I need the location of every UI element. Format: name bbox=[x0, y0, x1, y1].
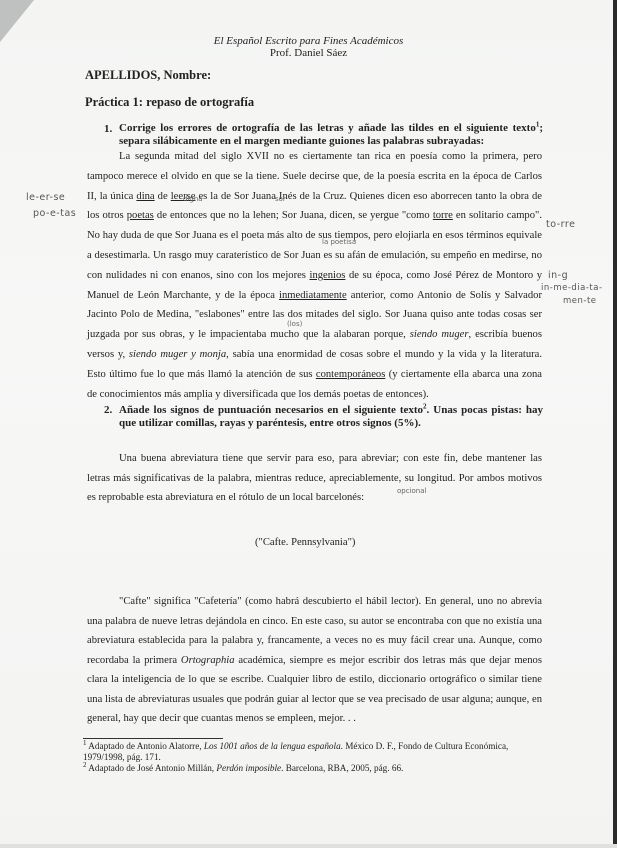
handwritten-syllabification: in-g bbox=[548, 270, 568, 281]
handwritten-correction: digna bbox=[183, 195, 203, 203]
question-2-instructions: Añade los signos de puntuación necesario… bbox=[119, 404, 543, 430]
question-1-number: 1. bbox=[104, 123, 112, 135]
practice-title: Práctica 1: repaso de ortografía bbox=[85, 95, 254, 110]
handwritten-note: opcional bbox=[397, 487, 426, 495]
scan-edge bbox=[613, 0, 617, 848]
document-page: El Español Escrito para Fines Académicos… bbox=[0, 0, 617, 848]
underlined-word: inmediatamente bbox=[279, 290, 347, 301]
underlined-word: torre bbox=[433, 210, 453, 221]
underlined-word: ingenios bbox=[310, 270, 346, 281]
question-2-passage-1: Una buena abreviatura tiene que servir p… bbox=[87, 449, 542, 508]
handwritten-correction: sor bbox=[275, 195, 286, 203]
question-2-passage-2: "Cafte" significa "Cafetería" (como habr… bbox=[87, 592, 542, 729]
underlined-word: dina bbox=[136, 191, 154, 202]
footnotes: 1 Adaptado de Antonio Alatorre, Los 1001… bbox=[83, 741, 543, 774]
underlined-word: poetas bbox=[127, 210, 154, 221]
question-2-number: 2. bbox=[104, 404, 112, 416]
footnote-divider bbox=[83, 738, 223, 739]
footnote-1: 1 Adaptado de Antonio Alatorre, Los 1001… bbox=[83, 741, 543, 763]
underlined-word: contemporáneos bbox=[316, 369, 385, 380]
handwritten-correction: la poetisa bbox=[322, 238, 356, 246]
question-1-instructions: Corrige los errores de ortografía de las… bbox=[119, 122, 543, 148]
student-name-line: APELLIDOS, Nombre: bbox=[85, 68, 211, 83]
professor-name: Prof. Daniel Sáez bbox=[0, 47, 617, 59]
handwritten-syllabification: le-er-se bbox=[26, 192, 65, 203]
question-1-passage: La segunda mitad del siglo XVII no es ci… bbox=[87, 147, 542, 404]
scan-edge-bottom bbox=[0, 844, 617, 848]
footnote-2: 2 Adaptado de José Antonio Millán, Perdó… bbox=[83, 763, 543, 774]
handwritten-correction: (los) bbox=[287, 320, 302, 328]
sign-text: ("Cafte. Pennsylvania") bbox=[255, 537, 355, 548]
handwritten-syllabification: men-te bbox=[563, 296, 597, 306]
course-title: El Español Escrito para Fines Académicos bbox=[0, 35, 617, 47]
handwritten-syllabification: in-me-dia-ta- bbox=[541, 283, 603, 293]
handwritten-syllabification: to-rre bbox=[546, 219, 575, 230]
document-header: El Español Escrito para Fines Académicos… bbox=[0, 35, 617, 59]
handwritten-syllabification: po-e-tas bbox=[33, 208, 76, 219]
